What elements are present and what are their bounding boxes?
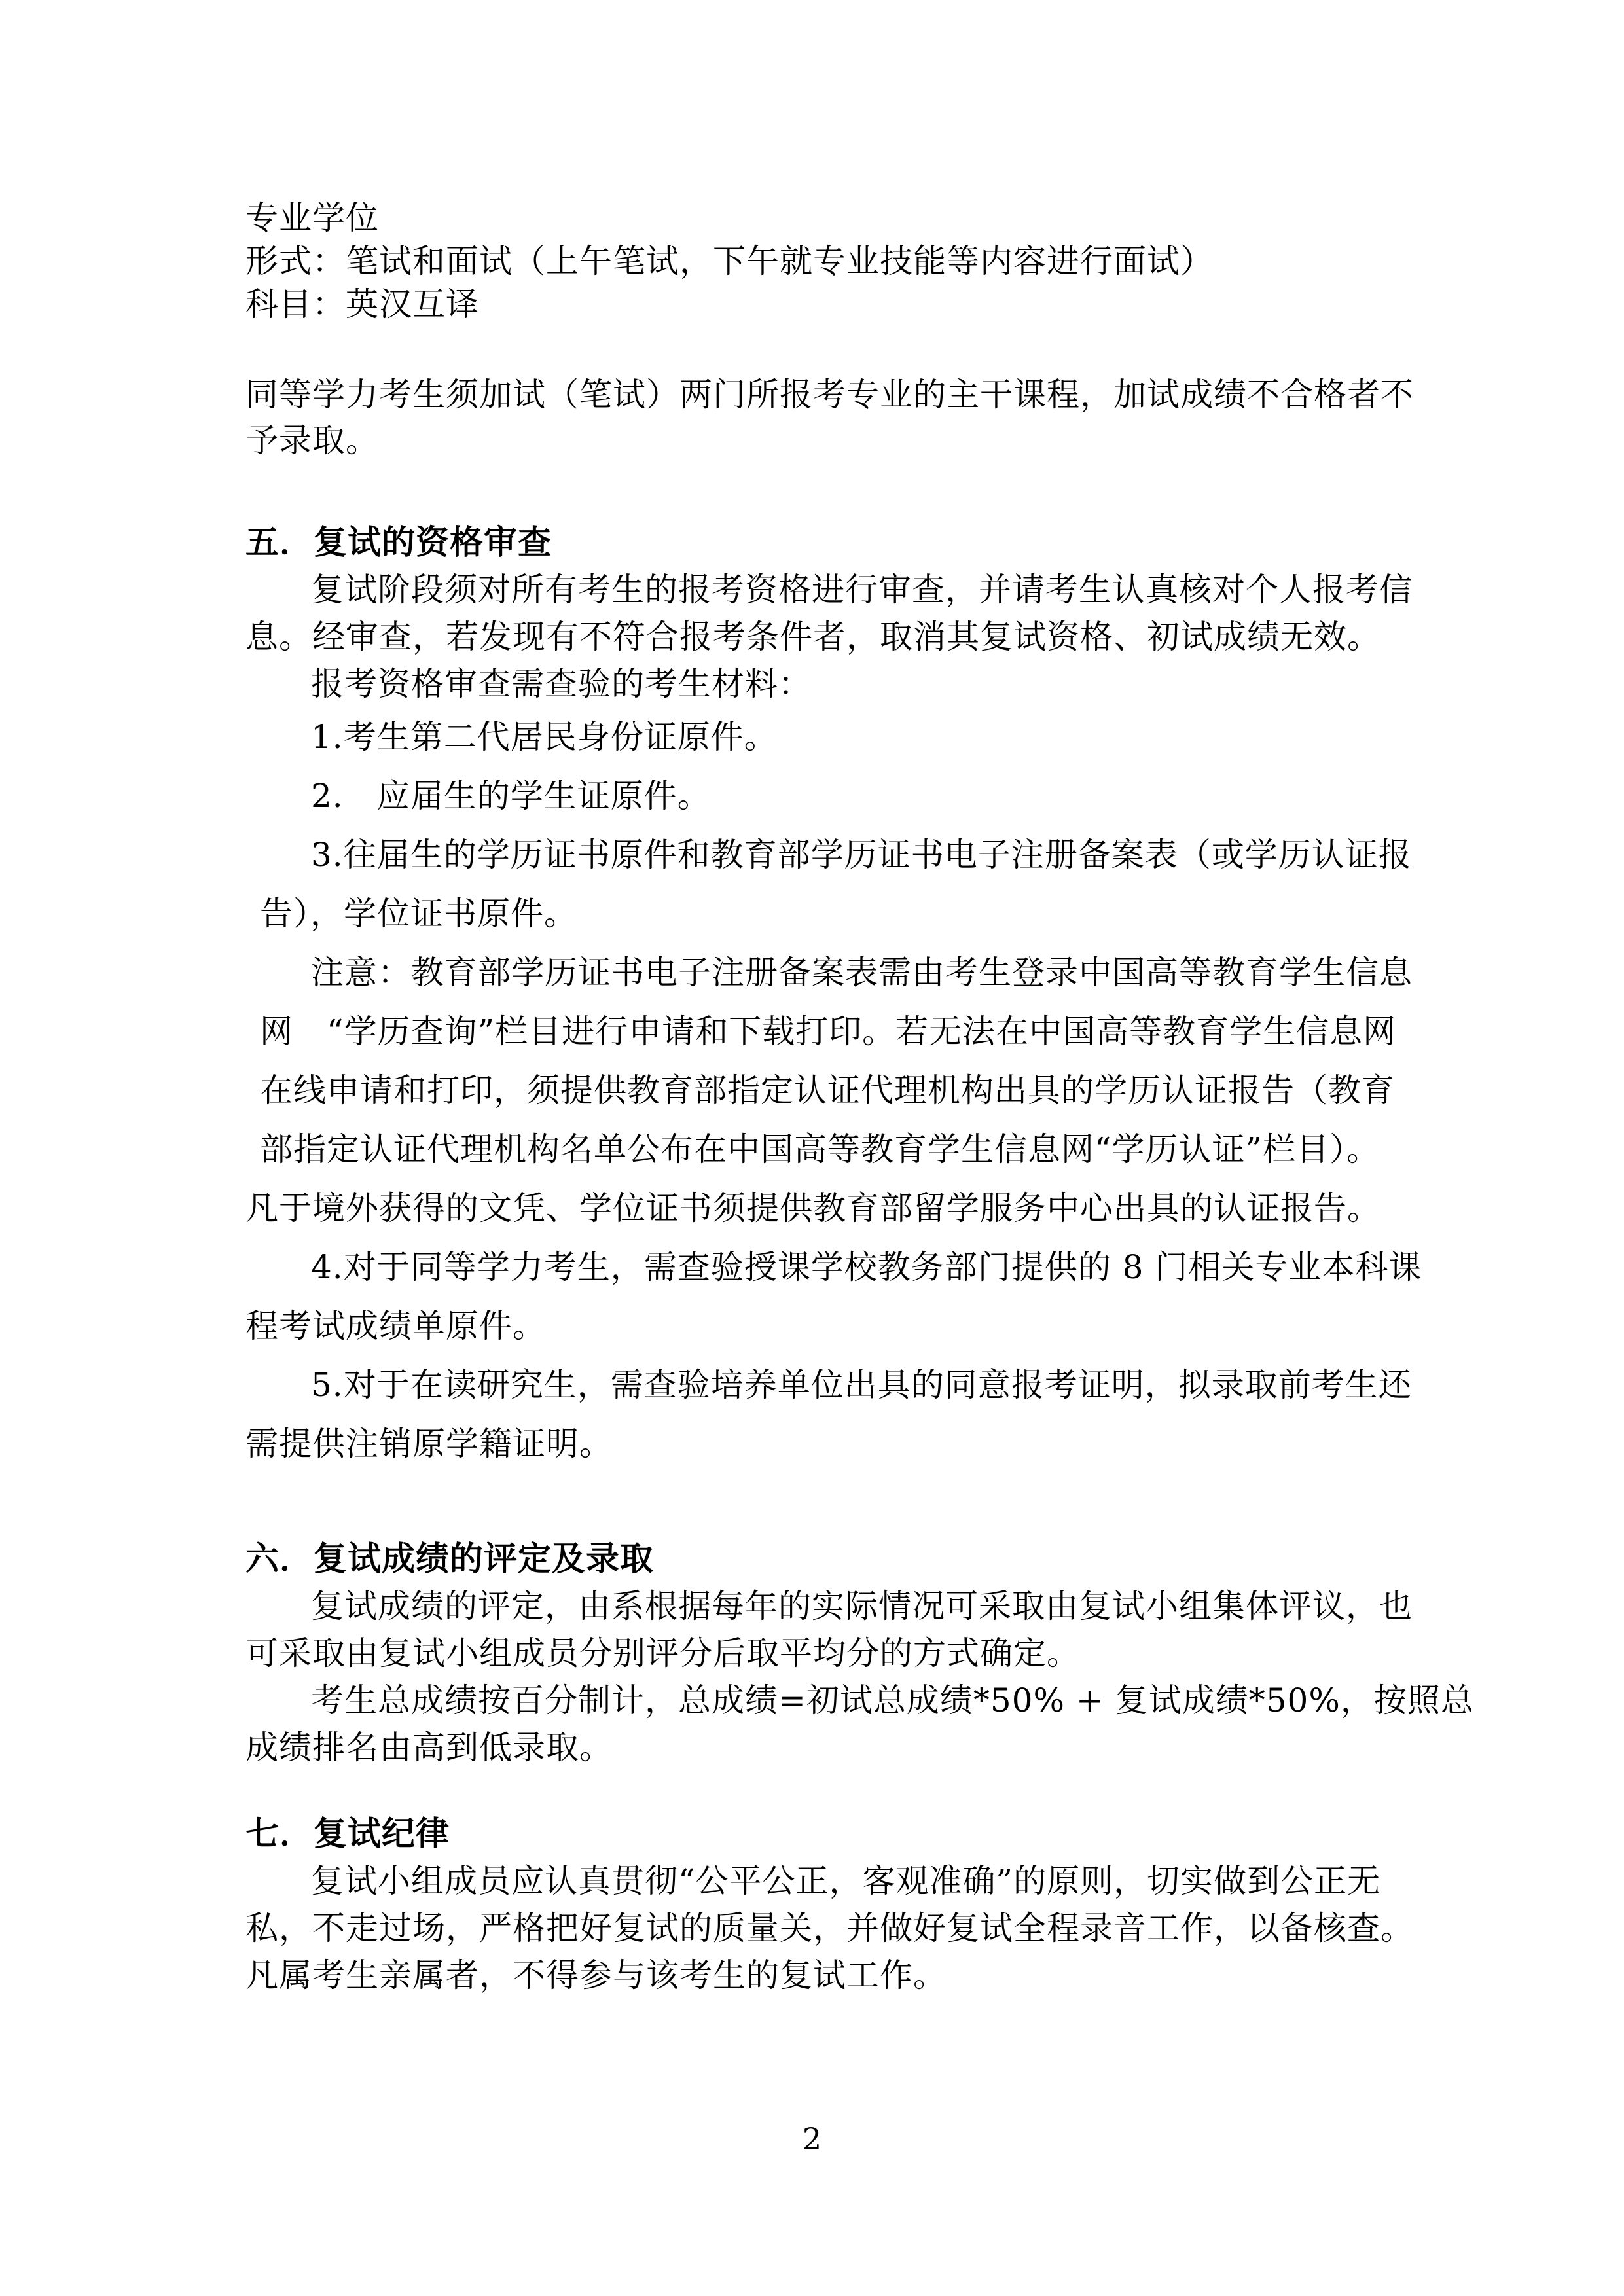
section-five-paragraph: 复试阶段须对所有考生的报考资格进行审查，并请考生认真核对个人报考信 息。经审查，… [245,566,1434,708]
list-item-line: 部指定认证代理机构名单公布在中国高等教育学生信息网“学历认证”栏目）。 [245,1120,1434,1179]
text-line: 复试成绩的评定，由系根据每年的实际情况可采取由复试小组集体评议，也 [245,1583,1434,1630]
list-item-line: 告），学位证书原件。 [245,884,1434,943]
text-line: 予录取。 [245,418,1434,463]
text-line: 形式：笔试和面试（上午笔试，下午就专业技能等内容进行面试） [245,240,1434,283]
text-line: 专业学位 [245,196,1434,240]
text-line: 考生总成绩按百分制计，总成绩=初试总成绩*50% + 复试成绩*50%，按照总 [245,1677,1434,1724]
list-item-line: 凡于境外获得的文凭、学位证书须提供教育部留学服务中心出具的认证报告。 [245,1179,1434,1238]
list-item-line: 3.往届生的学历证书原件和教育部学历证书电子注册备案表（或学历认证报 [245,825,1434,884]
section-heading-six: 六．复试成绩的评定及录取 [245,1535,1434,1583]
text-line: 同等学力考生须加试（笔试）两门所报考专业的主干课程，加试成绩不合格者不 [245,372,1434,418]
section-six-paragraph: 复试成绩的评定，由系根据每年的实际情况可采取由复试小组集体评议，也 可采取由复试… [245,1583,1434,1771]
text-line: 成绩排名由高到低录取。 [245,1724,1434,1771]
section-heading-five: 五．复试的资格审查 [245,519,1434,566]
section-seven-paragraph: 复试小组成员应认真贯彻“公平公正，客观准确”的原则，切实做到公正无 私，不走过场… [245,1857,1434,1999]
list-item-line: 1.考生第二代居民身份证原件。 [245,708,1434,766]
text-line: 凡属考生亲属者，不得参与该考生的复试工作。 [245,1952,1434,1999]
text-line: 私，不走过场，严格把好复试的质量关，并做好复试全程录音工作，以备核查。 [245,1905,1434,1952]
document-page: 专业学位 形式：笔试和面试（上午笔试，下午就专业技能等内容进行面试） 科目：英汉… [0,0,1624,2296]
list-item-line: 注意：教育部学历证书电子注册备案表需由考生登录中国高等教育学生信息 [245,943,1434,1002]
list-item-line: 2. 应届生的学生证原件。 [245,766,1434,825]
list-item-line: 程考试成绩单原件。 [245,1297,1434,1355]
page-number: 2 [0,2121,1624,2157]
list-item-line: 需提供注销原学籍证明。 [245,1414,1434,1473]
list-item-line: 5.对于在读研究生，需查验培养单位出具的同意报考证明，拟录取前考生还 [245,1355,1434,1414]
list-item-line: 网 “学历查询”栏目进行申请和下载打印。若无法在中国高等教育学生信息网 [245,1002,1434,1061]
text-line: 报考资格审查需查验的考生材料： [245,660,1434,708]
text-line: 息。经审查，若发现有不符合报考条件者，取消其复试资格、初试成绩无效。 [245,613,1434,660]
section-five-list: 1.考生第二代居民身份证原件。 2. 应届生的学生证原件。 3.往届生的学历证书… [245,708,1434,1473]
list-item-line: 在线申请和打印，须提供教育部指定认证代理机构出具的学历认证报告（教育 [245,1061,1434,1120]
text-line: 复试阶段须对所有考生的报考资格进行审查，并请考生认真核对个人报考信 [245,566,1434,613]
intro-block: 专业学位 形式：笔试和面试（上午笔试，下午就专业技能等内容进行面试） 科目：英汉… [245,196,1434,326]
text-line: 复试小组成员应认真贯彻“公平公正，客观准确”的原则，切实做到公正无 [245,1857,1434,1905]
addendum-note: 同等学力考生须加试（笔试）两门所报考专业的主干课程，加试成绩不合格者不 予录取。 [245,372,1434,463]
text-line: 可采取由复试小组成员分别评分后取平均分的方式确定。 [245,1630,1434,1677]
list-item-line: 4.对于同等学力考生，需查验授课学校教务部门提供的 8 门相关专业本科课 [245,1238,1434,1297]
section-heading-seven: 七．复试纪律 [245,1810,1434,1857]
text-line: 科目：英汉互译 [245,283,1434,326]
